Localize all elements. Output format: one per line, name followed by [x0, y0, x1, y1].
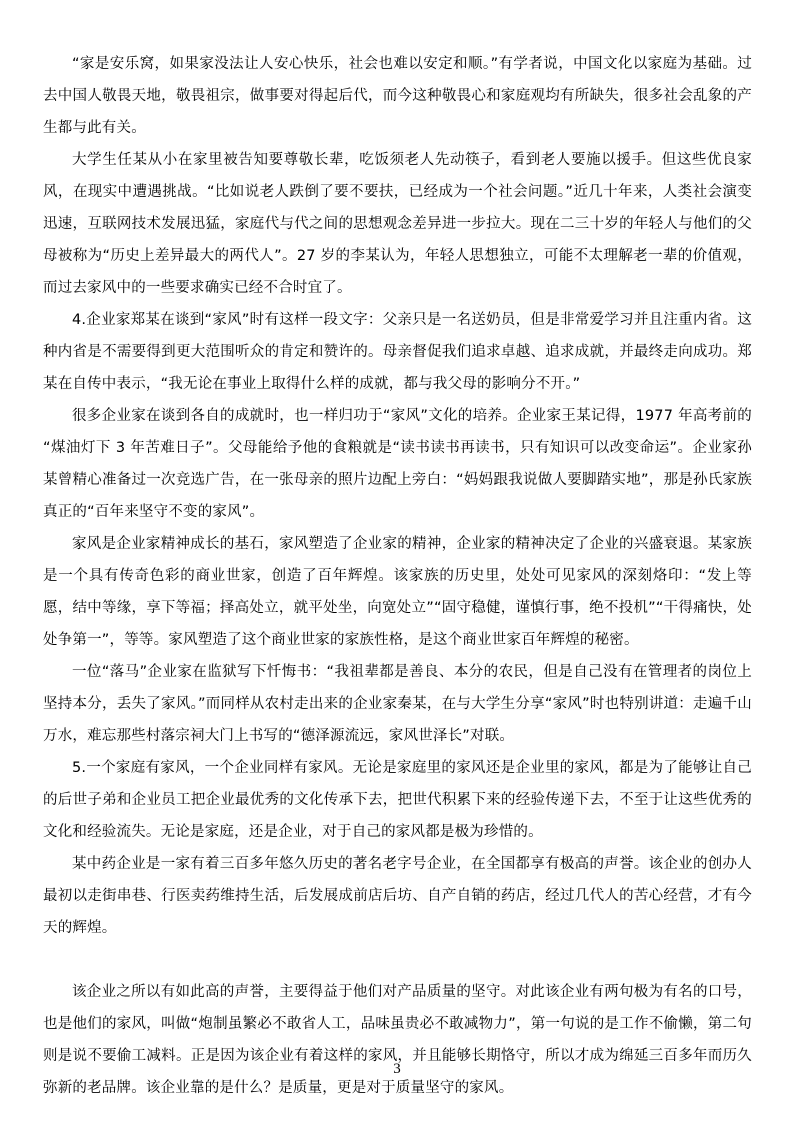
paragraph-8: 某中药企业是一家有着三百多年悠久历史的著名老字号企业，在全国都享有极高的声誉。该…: [43, 848, 752, 944]
paragraph-1: “家是安乐窝，如果家没法让人安心快乐，社会也难以安定和顺。”有学者说，中国文化以…: [43, 48, 752, 144]
paragraph-2: 大学生任某从小在家里被告知要尊敬长辈，吃饭须老人先动筷子，看到老人要施以援手。但…: [43, 144, 752, 304]
document-page: “家是安乐窝，如果家没法让人安心快乐，社会也难以安定和顺。”有学者说，中国文化以…: [0, 0, 794, 1123]
blank-line: [43, 944, 752, 976]
page-footer: 3: [0, 1060, 794, 1078]
paragraph-6: 一位“落马”企业家在监狱写下忏悔书：“我祖辈都是善良、本分的农民，但是自己没有在…: [43, 656, 752, 752]
page-number: 3: [393, 1061, 401, 1077]
paragraph-3: 4.企业家郑某在谈到“家风”时有这样一段文字：父亲只是一名送奶员，但是非常爱学习…: [43, 304, 752, 400]
paragraph-10: 该企业之所以有如此高的声誉，主要得益于他们对产品质量的坚守。对此该企业有两句极为…: [43, 976, 752, 1104]
paragraph-4: 很多企业家在谈到各自的成就时，也一样归功于“家风”文化的培养。企业家王某记得，1…: [43, 400, 752, 528]
document-body: “家是安乐窝，如果家没法让人安心快乐，社会也难以安定和顺。”有学者说，中国文化以…: [43, 48, 752, 1104]
paragraph-7: 5.一个家庭有家风，一个企业同样有家风。无论是家庭里的家风还是企业里的家风，都是…: [43, 752, 752, 848]
paragraph-5: 家风是企业家精神成长的基石，家风塑造了企业家的精神，企业家的精神决定了企业的兴盛…: [43, 528, 752, 656]
